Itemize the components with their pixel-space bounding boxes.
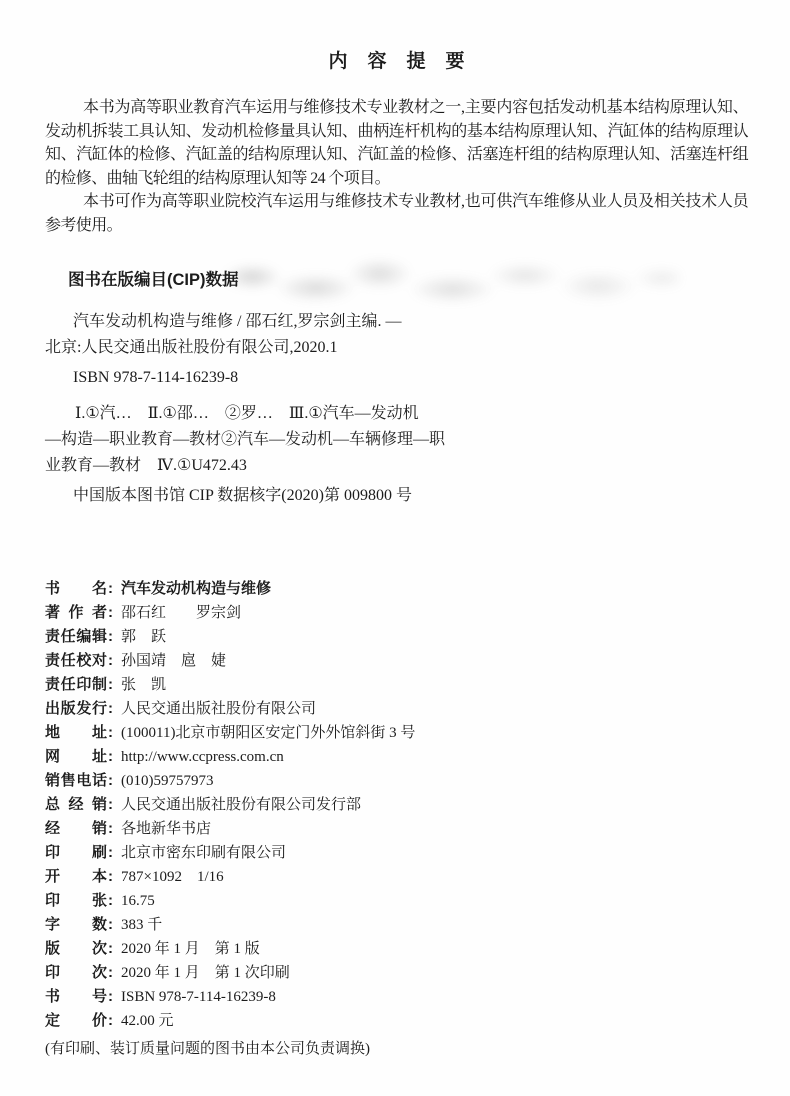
info-row-label: 书号 [45,985,107,1009]
info-row: 销售电话:(010)59757973 [45,769,748,793]
info-row-label: 印刷 [45,841,107,865]
info-row: 印刷:北京市密东印刷有限公司 [45,841,748,865]
info-row-colon: : [108,721,113,745]
info-row-value: 42.00 元 [121,1009,174,1033]
info-row-value: 787×1092 1/16 [121,865,224,889]
info-row-value: (010)59757973 [121,769,214,793]
info-row-colon: : [108,577,113,601]
info-row-value: ISBN 978-7-114-16239-8 [121,985,276,1009]
cip-classification-line-1: Ⅰ.①汽… Ⅱ.①邵… ②罗… Ⅲ.①汽车—发动机 [45,401,497,427]
summary-title: 内容提要 [45,50,748,74]
info-row-colon: : [108,937,113,961]
info-row-colon: : [108,985,113,1009]
info-row-value: 邵石红 罗宗剑 [121,601,241,625]
info-row-label: 责任印制 [45,673,107,697]
info-row-label: 出版发行 [45,697,107,721]
info-row: 字数:383 千 [45,913,748,937]
info-row-label: 著作者 [45,601,107,625]
info-row-label: 责任编辑 [45,625,107,649]
info-row-colon: : [108,841,113,865]
info-row-value: 16.75 [121,889,155,913]
info-row: 定价:42.00 元 [45,1009,748,1033]
info-row-colon: : [108,817,113,841]
quality-note: (有印刷、装订质量问题的图书由本公司负责调换) [45,1039,748,1060]
info-row: 印次:2020 年 1 月 第 1 次印刷 [45,961,748,985]
info-row-label: 销售电话 [45,769,107,793]
info-row-colon: : [108,913,113,937]
info-row-value: 汽车发动机构造与维修 [121,577,271,601]
info-row-colon: : [108,601,113,625]
info-row-colon: : [108,889,113,913]
info-row-colon: : [108,697,113,721]
info-row-value: http://www.ccpress.com.cn [121,745,284,769]
info-row: 总经销:人民交通出版社股份有限公司发行部 [45,793,748,817]
info-row: 印张:16.75 [45,889,748,913]
cip-heading: 图书在版编目(CIP)数据 [45,269,497,291]
info-row-value: 383 千 [121,913,162,937]
info-row: 经销:各地新华书店 [45,817,748,841]
info-row-value: 张 凯 [121,673,166,697]
info-row-colon: : [108,961,113,985]
info-row: 著作者:邵石红 罗宗剑 [45,601,748,625]
copyright-page: 内容提要 本书为高等职业教育汽车运用与维修技术专业教材之一,主要内容包括发动机基… [0,0,790,1096]
info-row-label: 开本 [45,865,107,889]
info-row-value: 郭 跃 [121,625,166,649]
info-row-label: 版次 [45,937,107,961]
info-row: 网址:http://www.ccpress.com.cn [45,745,748,769]
info-row-label: 总经销 [45,793,107,817]
info-row-label: 印次 [45,961,107,985]
info-row: 责任编辑:郭 跃 [45,625,748,649]
info-row-value: 各地新华书店 [121,817,211,841]
info-row-value: 2020 年 1 月 第 1 版 [121,937,260,961]
cip-title-line: 汽车发动机构造与维修 / 邵石红,罗宗剑主编. — [45,309,497,335]
info-row-label: 字数 [45,913,107,937]
info-row-value: 孙国靖 扈 婕 [121,649,226,673]
cip-isbn-line: ISBN 978-7-114-16239-8 [45,365,497,391]
cip-classification-line-2: —构造—职业教育—教材②汽车—发动机—车辆修理—职 [45,427,497,453]
cip-record-number: 中国版本图书馆 CIP 数据核字(2020)第 009800 号 [45,483,497,509]
info-row-value: 人民交通出版社股份有限公司 [121,697,316,721]
info-row-colon: : [108,865,113,889]
info-row-label: 书名 [45,577,107,601]
cip-publisher-line: 北京:人民交通出版社股份有限公司,2020.1 [45,335,497,361]
info-row-label: 经销 [45,817,107,841]
cip-block: 图书在版编目(CIP)数据 汽车发动机构造与维修 / 邵石红,罗宗剑主编. — … [45,269,497,509]
info-row-colon: : [108,649,113,673]
info-row-colon: : [108,793,113,817]
info-row-label: 地址 [45,721,107,745]
cip-classification-line-3: 业教育—教材 Ⅳ.①U472.43 [45,453,497,479]
info-row-label: 印张 [45,889,107,913]
info-row: 开本:787×1092 1/16 [45,865,748,889]
info-row-colon: : [108,673,113,697]
info-row-label: 定价 [45,1009,107,1033]
info-row-value: 2020 年 1 月 第 1 次印刷 [121,961,290,985]
info-row-colon: : [108,769,113,793]
info-row-label: 责任校对 [45,649,107,673]
info-row-label: 网址 [45,745,107,769]
info-row-value: (100011)北京市朝阳区安定门外外馆斜街 3 号 [121,721,415,745]
summary-block: 本书为高等职业教育汽车运用与维修技术专业教材之一,主要内容包括发动机基本结构原理… [45,96,748,237]
publication-info-list: 书名:汽车发动机构造与维修著作者:邵石红 罗宗剑责任编辑:郭 跃责任校对:孙国靖… [45,577,748,1033]
info-row: 地址:(100011)北京市朝阳区安定门外外馆斜街 3 号 [45,721,748,745]
info-row-colon: : [108,745,113,769]
info-row-value: 人民交通出版社股份有限公司发行部 [121,793,361,817]
info-row-colon: : [108,1009,113,1033]
info-row: 出版发行:人民交通出版社股份有限公司 [45,697,748,721]
info-row: 书名:汽车发动机构造与维修 [45,577,748,601]
summary-paragraph-1: 本书为高等职业教育汽车运用与维修技术专业教材之一,主要内容包括发动机基本结构原理… [45,96,748,190]
info-row: 责任校对:孙国靖 扈 婕 [45,649,748,673]
info-row-colon: : [108,625,113,649]
info-row: 书号:ISBN 978-7-114-16239-8 [45,985,748,1009]
info-row: 责任印制:张 凯 [45,673,748,697]
summary-paragraph-2: 本书可作为高等职业院校汽车运用与维修技术专业教材,也可供汽车维修从业人员及相关技… [45,190,748,237]
info-row: 版次:2020 年 1 月 第 1 版 [45,937,748,961]
info-row-value: 北京市密东印刷有限公司 [121,841,286,865]
